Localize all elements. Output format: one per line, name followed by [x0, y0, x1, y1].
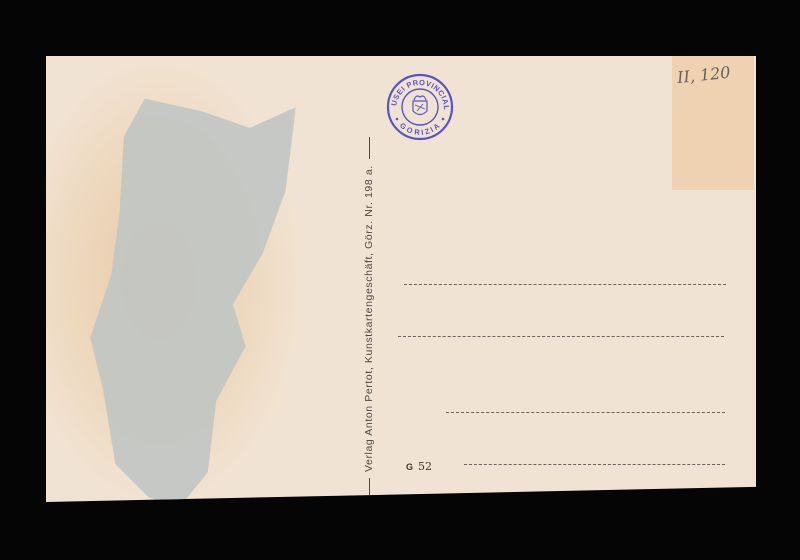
address-line-3 [446, 412, 725, 413]
address-line-4 [464, 464, 725, 465]
imprint-rule-left [369, 478, 370, 500]
stamp-top-text: MUSEI PROVINCIALI [386, 73, 451, 111]
series-code-prefix: G [406, 462, 413, 472]
address-line-1 [404, 284, 726, 285]
publisher-imprint-text: Verlag Anton Pertot, Kunstkartengeschäft… [363, 165, 375, 472]
postcard-back: II, 120 Verlag Anton Pertot, Kunstkarten… [46, 56, 756, 502]
address-line-2 [398, 336, 724, 337]
publisher-imprint: Verlag Anton Pertot, Kunstkartengeschäft… [359, 90, 379, 500]
series-code: G52 [406, 460, 432, 473]
series-code-number: 52 [418, 460, 432, 473]
museum-stamp-icon: MUSEI PROVINCIALI GORIZIA [386, 73, 454, 141]
svg-text:MUSEI PROVINCIALI: MUSEI PROVINCIALI [386, 73, 451, 111]
imprint-rule-right [369, 137, 370, 159]
